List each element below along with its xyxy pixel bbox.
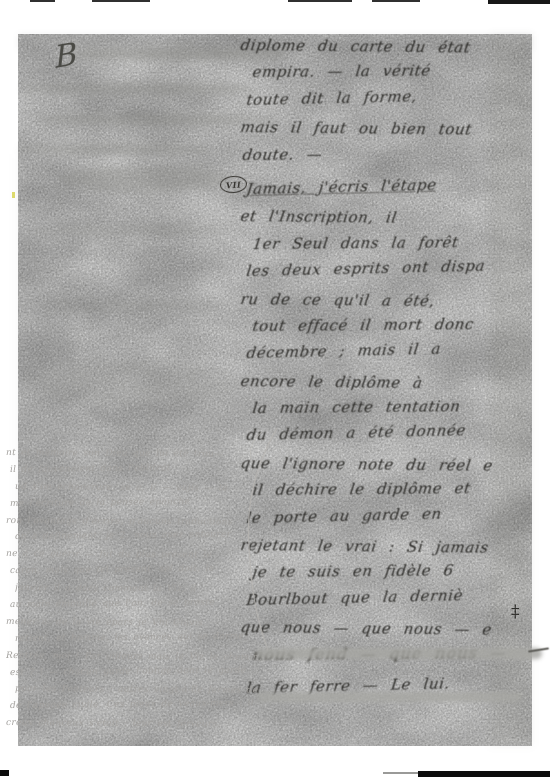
ghost-ink-smudge xyxy=(45,300,225,312)
ghost-ink-smudge xyxy=(25,360,235,404)
ghost-ink-smudge xyxy=(60,166,230,192)
top-scan-dash xyxy=(92,0,150,2)
ghost-ink-smudge xyxy=(22,84,257,94)
manuscript-line-faint: me l'écriture de la pensée épanche xyxy=(10,496,264,516)
left-text-column: nt et mémoire son Dieu que lui été trou—… xyxy=(6,448,264,735)
yellow-speck xyxy=(12,192,15,198)
manuscript-line: Jamais, j'écris l'étape xyxy=(244,173,542,207)
manuscript-line: Bourlbout que la derniè xyxy=(244,584,542,618)
ghost-ink-smudge xyxy=(34,114,274,125)
letter-b-mark: B xyxy=(54,36,79,76)
top-scan-dash xyxy=(488,0,550,4)
ghost-ink-smudge xyxy=(20,144,210,155)
manuscript-line-faint: de l'apogée civile. Ces pieux de Veaux-m… xyxy=(10,699,264,719)
ghost-ink-smudge xyxy=(30,225,230,235)
top-scan-dash xyxy=(288,0,352,2)
manuscript-line: du démon a été donnée xyxy=(244,420,542,454)
strikethrough-smudge xyxy=(256,692,522,702)
top-scan-dash xyxy=(372,0,420,2)
strikethrough-smudge xyxy=(256,648,542,659)
manuscript-line: le porte au garde en xyxy=(244,502,542,536)
manuscript-line-faint: retient, et homme, les avancés qui se do… xyxy=(15,631,264,650)
manuscript-line-faint: il de fauvenaient dans l'oblitrat xyxy=(10,462,264,482)
manuscript-line: toute dit la forme, xyxy=(244,84,542,118)
manuscript-line-faint: on à définement, je 2, nous avez entoure… xyxy=(15,530,264,549)
manuscript-line: doute. — xyxy=(240,143,542,173)
bottom-scan-bar xyxy=(418,771,550,777)
manuscript-line-faint: creux chanceux s'était : leur est ferveu… xyxy=(6,718,264,737)
manuscript-line: décembre ; mais il a xyxy=(244,338,542,372)
manuscript-line-faint: au main émouillé que l'an, de se proste xyxy=(10,597,264,617)
manuscript-line: les deux esprits ont dispa xyxy=(244,255,542,289)
scan-page: { "manuscript": { "page_mark": "B", "fol… xyxy=(0,0,550,777)
manuscript-line-faint: est ? ! — chacun garde l'oblige dont le … xyxy=(10,665,264,685)
manuscript-line-faint: caron, mais que tel présent, sel doit, l… xyxy=(10,564,264,584)
right-text-column: diplome du carte du étatempira. — la vér… xyxy=(240,36,540,706)
bottom-scan-line xyxy=(383,772,419,774)
bottom-left-scan-mark xyxy=(0,770,9,776)
dagger-mark: ‡ xyxy=(511,602,520,622)
top-scan-dash xyxy=(30,0,55,2)
